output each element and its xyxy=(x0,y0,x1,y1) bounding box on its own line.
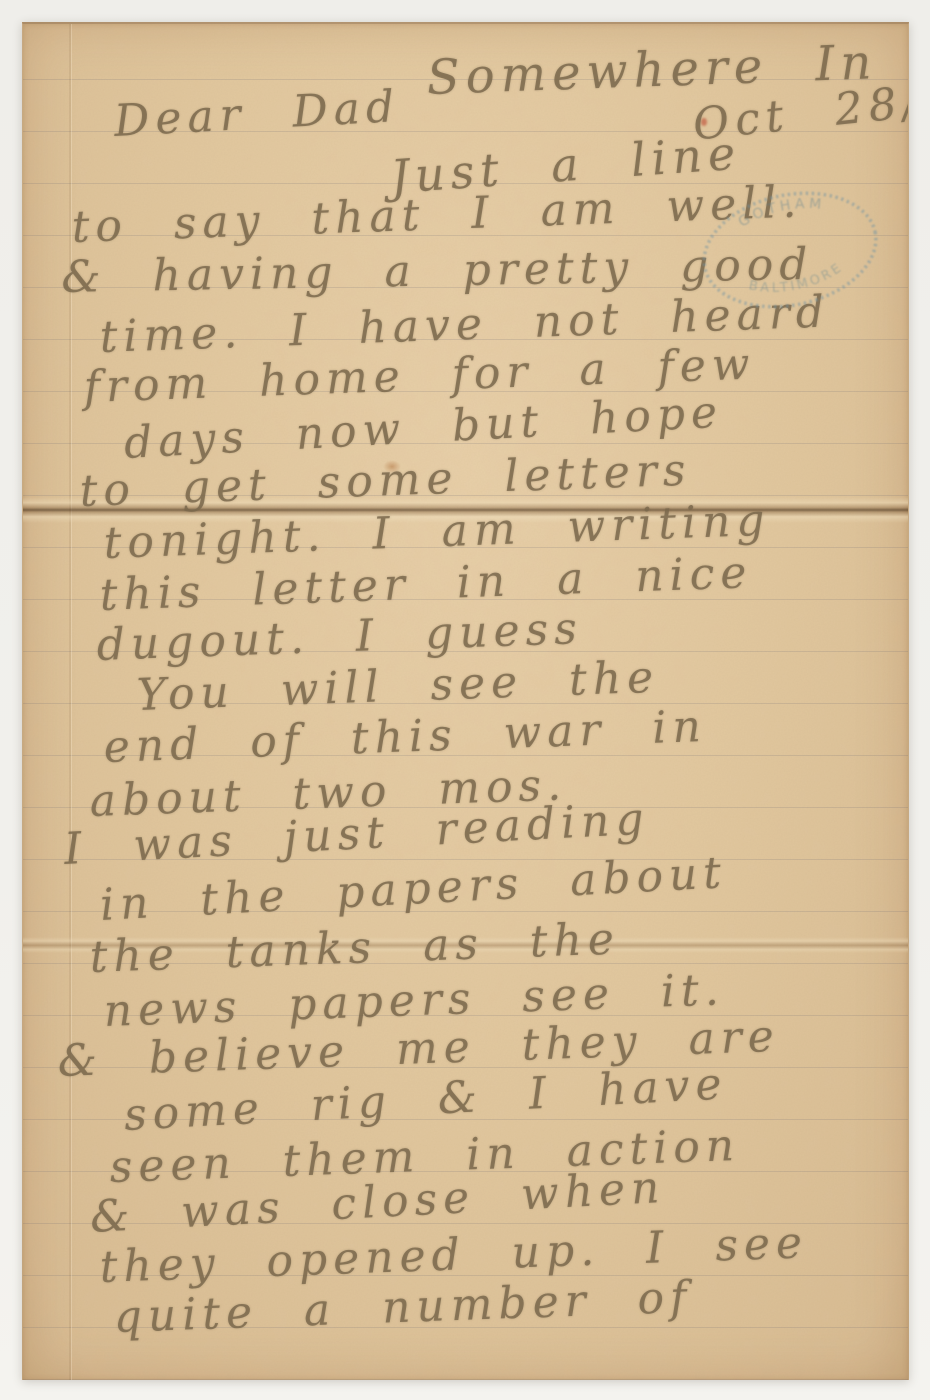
svg-text:GOTHAM: GOTHAM xyxy=(734,189,829,231)
handwriting-line: to say that I am well. xyxy=(71,180,803,249)
stamp-text-top: GOTHAM xyxy=(734,189,829,231)
stamp-text-bottom: BALTIMORE xyxy=(745,258,849,303)
handwriting-line: Dear Dad xyxy=(113,85,401,144)
letter-paper: Somewhere In FranceDear DadOct 28/16Just… xyxy=(22,22,909,1380)
svg-text:BALTIMORE: BALTIMORE xyxy=(745,258,849,303)
censor-stamp-icon: GOTHAM BALTIMORE xyxy=(695,186,895,326)
scan-background: Somewhere In FranceDear DadOct 28/16Just… xyxy=(0,0,930,1400)
